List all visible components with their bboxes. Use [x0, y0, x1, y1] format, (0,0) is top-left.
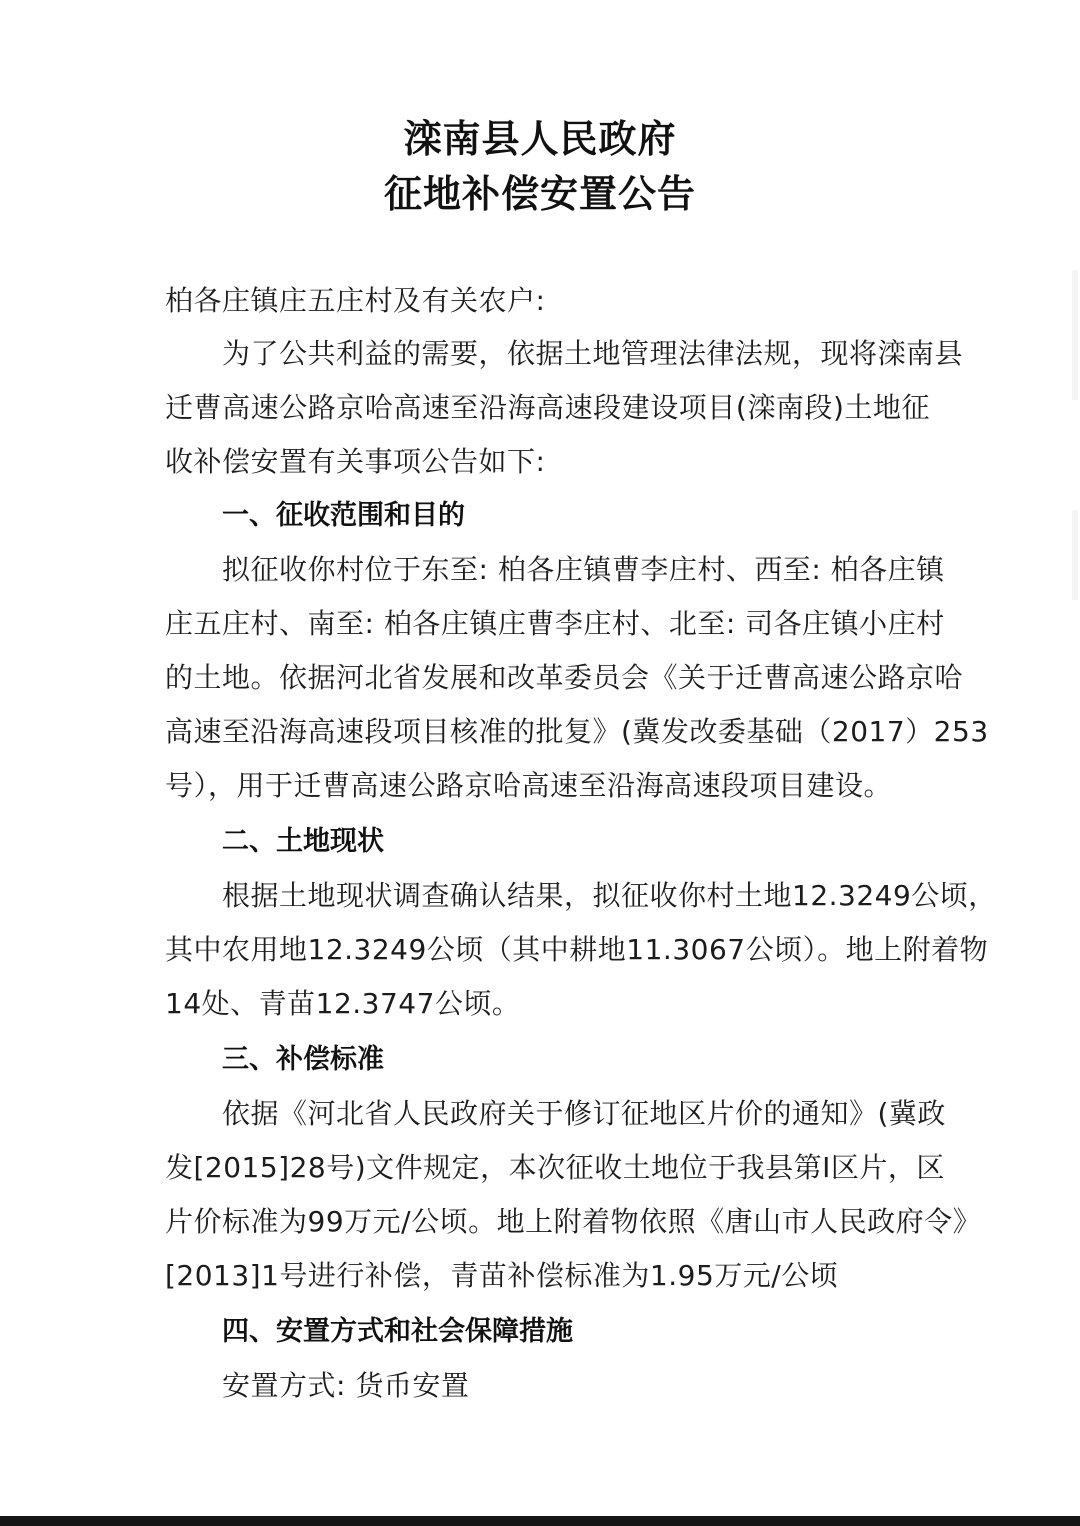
section-heading-land-status: 二、土地现状 [222, 822, 384, 862]
section-line: 庄五庄村、南至: 柏各庄镇庄曹李庄村、北至: 司各庄镇小庄村 [165, 604, 930, 644]
title-notice: 征地补偿安置公告 [0, 163, 1080, 218]
section-line: 14处、青苗12.3747公顷。 [165, 984, 930, 1024]
section-line: 安置方式: 货币安置 [222, 1366, 930, 1406]
intro-line: 收补偿安置有关事项公告如下: [165, 442, 930, 482]
section-line: 依据《河北省人民政府关于修订征地区片价的通知》(冀政 [222, 1094, 930, 1134]
section-heading-compensation: 三、补偿标准 [222, 1040, 384, 1080]
scan-bottom-edge [0, 1516, 1080, 1526]
section-line: 发[2015]28号)文件规定，本次征收土地位于我县第Ⅰ区片，区 [165, 1148, 930, 1188]
section-line: 根据土地现状调查确认结果，拟征收你村土地12.3249公顷， [222, 876, 930, 916]
section-line: 拟征收你村位于东至: 柏各庄镇曹李庄村、西至: 柏各庄镇 [222, 550, 930, 590]
scan-artifact [1072, 270, 1078, 400]
section-heading-resettlement: 四、安置方式和社会保障措施 [222, 1312, 573, 1352]
scan-artifact [1072, 510, 1078, 600]
section-line: 的土地。依据河北省发展和改革委员会《关于迁曹高速公路京哈 [165, 658, 930, 698]
section-line: 高速至沿海高速段项目核准的批复》(冀发改委基础（2017）253 [165, 712, 930, 752]
section-line: [2013]1号进行补偿，青苗补偿标准为1.95万元/公顷 [165, 1256, 930, 1296]
title-issuer: 滦南县人民政府 [0, 108, 1080, 163]
section-line: 号），用于迁曹高速公路京哈高速至沿海高速段项目建设。 [165, 766, 930, 806]
section-line: 其中农用地12.3249公顷（其中耕地11.3067公顷）。地上附着物 [165, 930, 930, 970]
intro-line: 为了公共利益的需要，依据土地管理法律法规，现将滦南县 [222, 334, 930, 374]
addressee: 柏各庄镇庄五庄村及有关农户: [165, 281, 930, 321]
section-heading-scope: 一、征收范围和目的 [222, 496, 465, 536]
document-page: 滦南县人民政府 征地补偿安置公告 柏各庄镇庄五庄村及有关农户: 为了公共利益的需… [0, 0, 1080, 1526]
intro-line: 迁曹高速公路京哈高速至沿海高速段建设项目(滦南段)土地征 [165, 388, 930, 428]
section-line: 片价标准为99万元/公顷。地上附着物依照《唐山市人民政府令》 [165, 1202, 930, 1242]
